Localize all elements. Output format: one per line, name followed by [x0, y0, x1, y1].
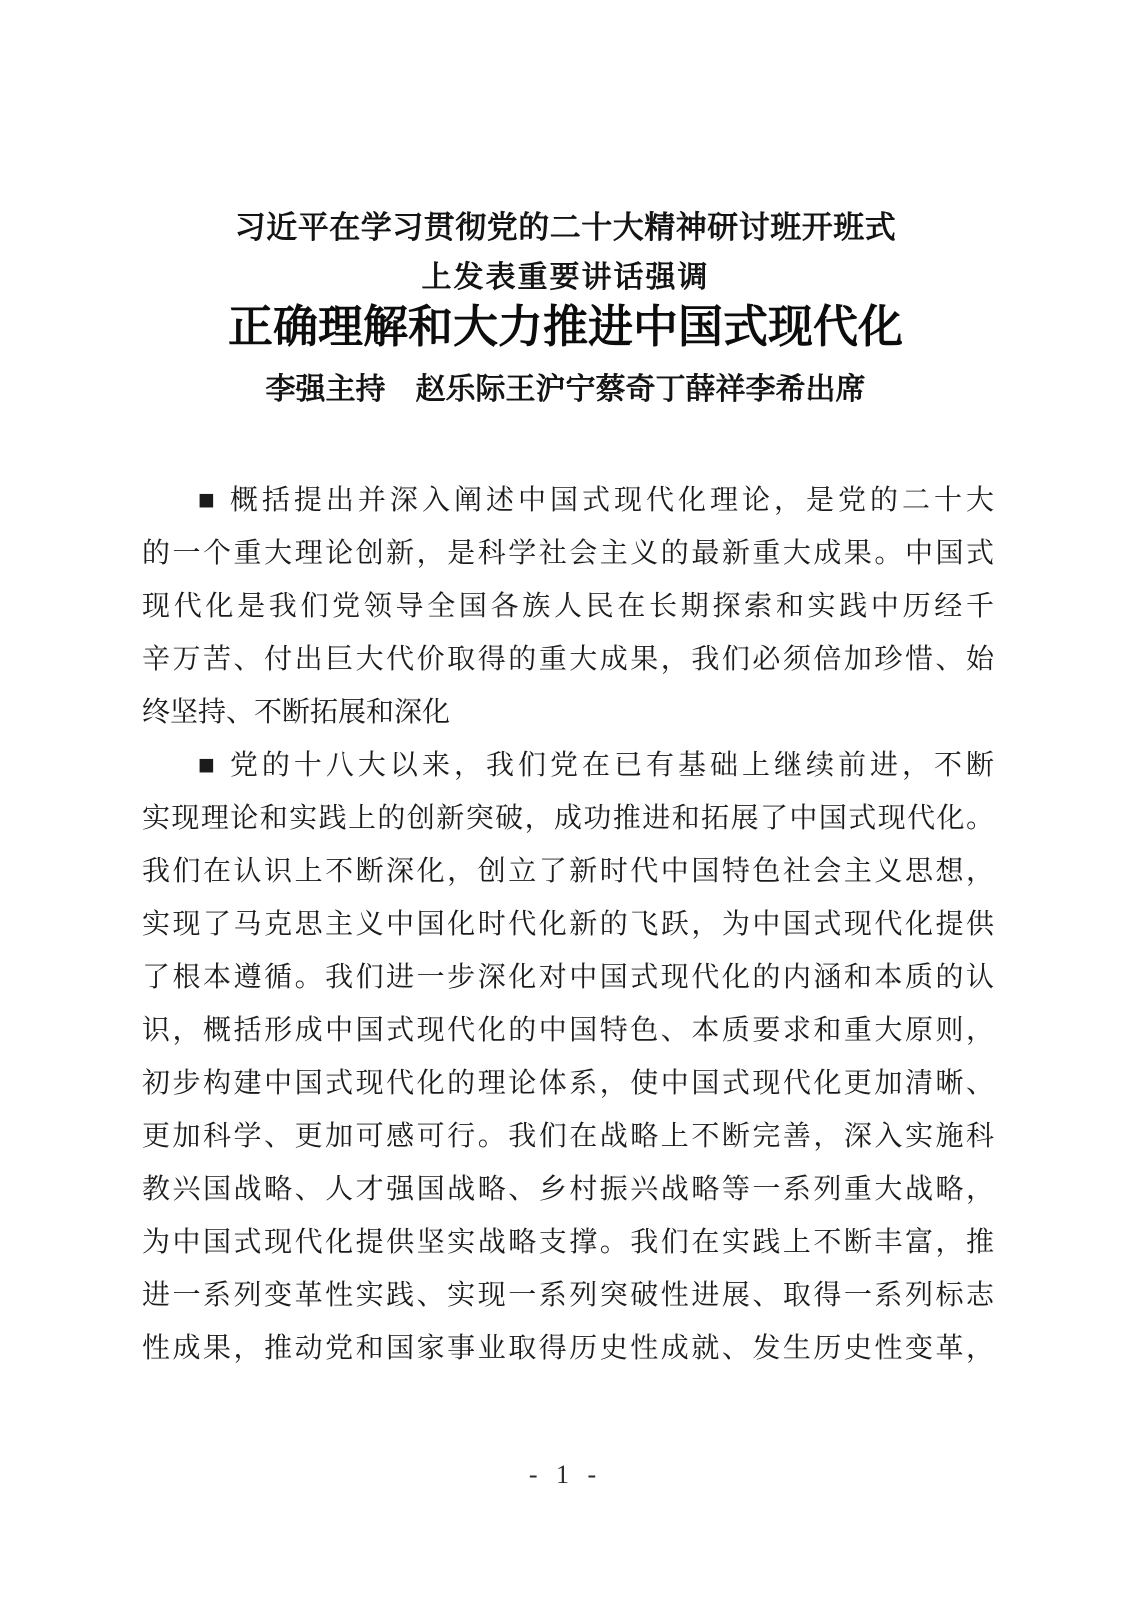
body-line: 为中国式现代化提供坚实战略支撑。我们在实践上不断丰富，推	[142, 1216, 994, 1269]
body-line: 的一个重大理论创新，是科学社会主义的最新重大成果。中国式	[142, 527, 994, 580]
body-line: 进一系列变革性实践、实现一系列突破性进展、取得一系列标志	[142, 1269, 994, 1322]
body-line: 识，概括形成中国式现代化的中国特色、本质要求和重大原则，	[142, 1004, 994, 1057]
body-line: 了根本遵循。我们进一步深化对中国式现代化的内涵和本质的认	[142, 951, 994, 1004]
document-page: 习近平在学习贯彻党的二十大精神研讨班开班式 上发表重要讲话强调 正确理解和大力推…	[0, 0, 1131, 1600]
body-line: 现代化是我们党领导全国各族人民在长期探索和实践中历经千	[142, 580, 994, 633]
headline-kicker-line-1: 习近平在学习贯彻党的二十大精神研讨班开班式	[0, 206, 1131, 250]
page-number: - 1 -	[0, 1460, 1131, 1490]
body-line: 实现了马克思主义中国化时代化新的飞跃，为中国式现代化提供	[142, 898, 994, 951]
body-line: 更加科学、更加可感可行。我们在战略上不断完善，深入实施科	[142, 1110, 994, 1163]
body-line: 教兴国战略、人才强国战略、乡村振兴战略等一系列重大战略，	[142, 1163, 994, 1216]
body-line: 初步构建中国式现代化的理论体系，使中国式现代化更加清晰、	[142, 1057, 994, 1110]
headline-kicker-line-2: 上发表重要讲话强调	[0, 256, 1131, 300]
paragraph-first-line: ■ 党的十八大以来，我们党在已有基础上继续前进，不断	[142, 739, 994, 792]
body-line: 我们在认识上不断深化，创立了新时代中国特色社会主义思想，	[142, 845, 994, 898]
body-line: 终坚持、不断拓展和深化	[142, 686, 994, 739]
body-line: 性成果，推动党和国家事业取得历史性成就、发生历史性变革，	[142, 1322, 994, 1375]
main-title: 正确理解和大力推进中国式现代化	[0, 296, 1131, 358]
byline-attendees: 李强主持 赵乐际王沪宁蔡奇丁薛祥李希出席	[0, 368, 1131, 412]
body-line: 辛万苦、付出巨大代价取得的重大成果，我们必须倍加珍惜、始	[142, 633, 994, 686]
paragraph-first-line: ■ 概括提出并深入阐述中国式现代化理论，是党的二十大	[142, 474, 994, 527]
body-line: 实现理论和实践上的创新突破，成功推进和拓展了中国式现代化。	[142, 792, 994, 845]
article-body: ■ 概括提出并深入阐述中国式现代化理论，是党的二十大的一个重大理论创新，是科学社…	[142, 474, 994, 1375]
